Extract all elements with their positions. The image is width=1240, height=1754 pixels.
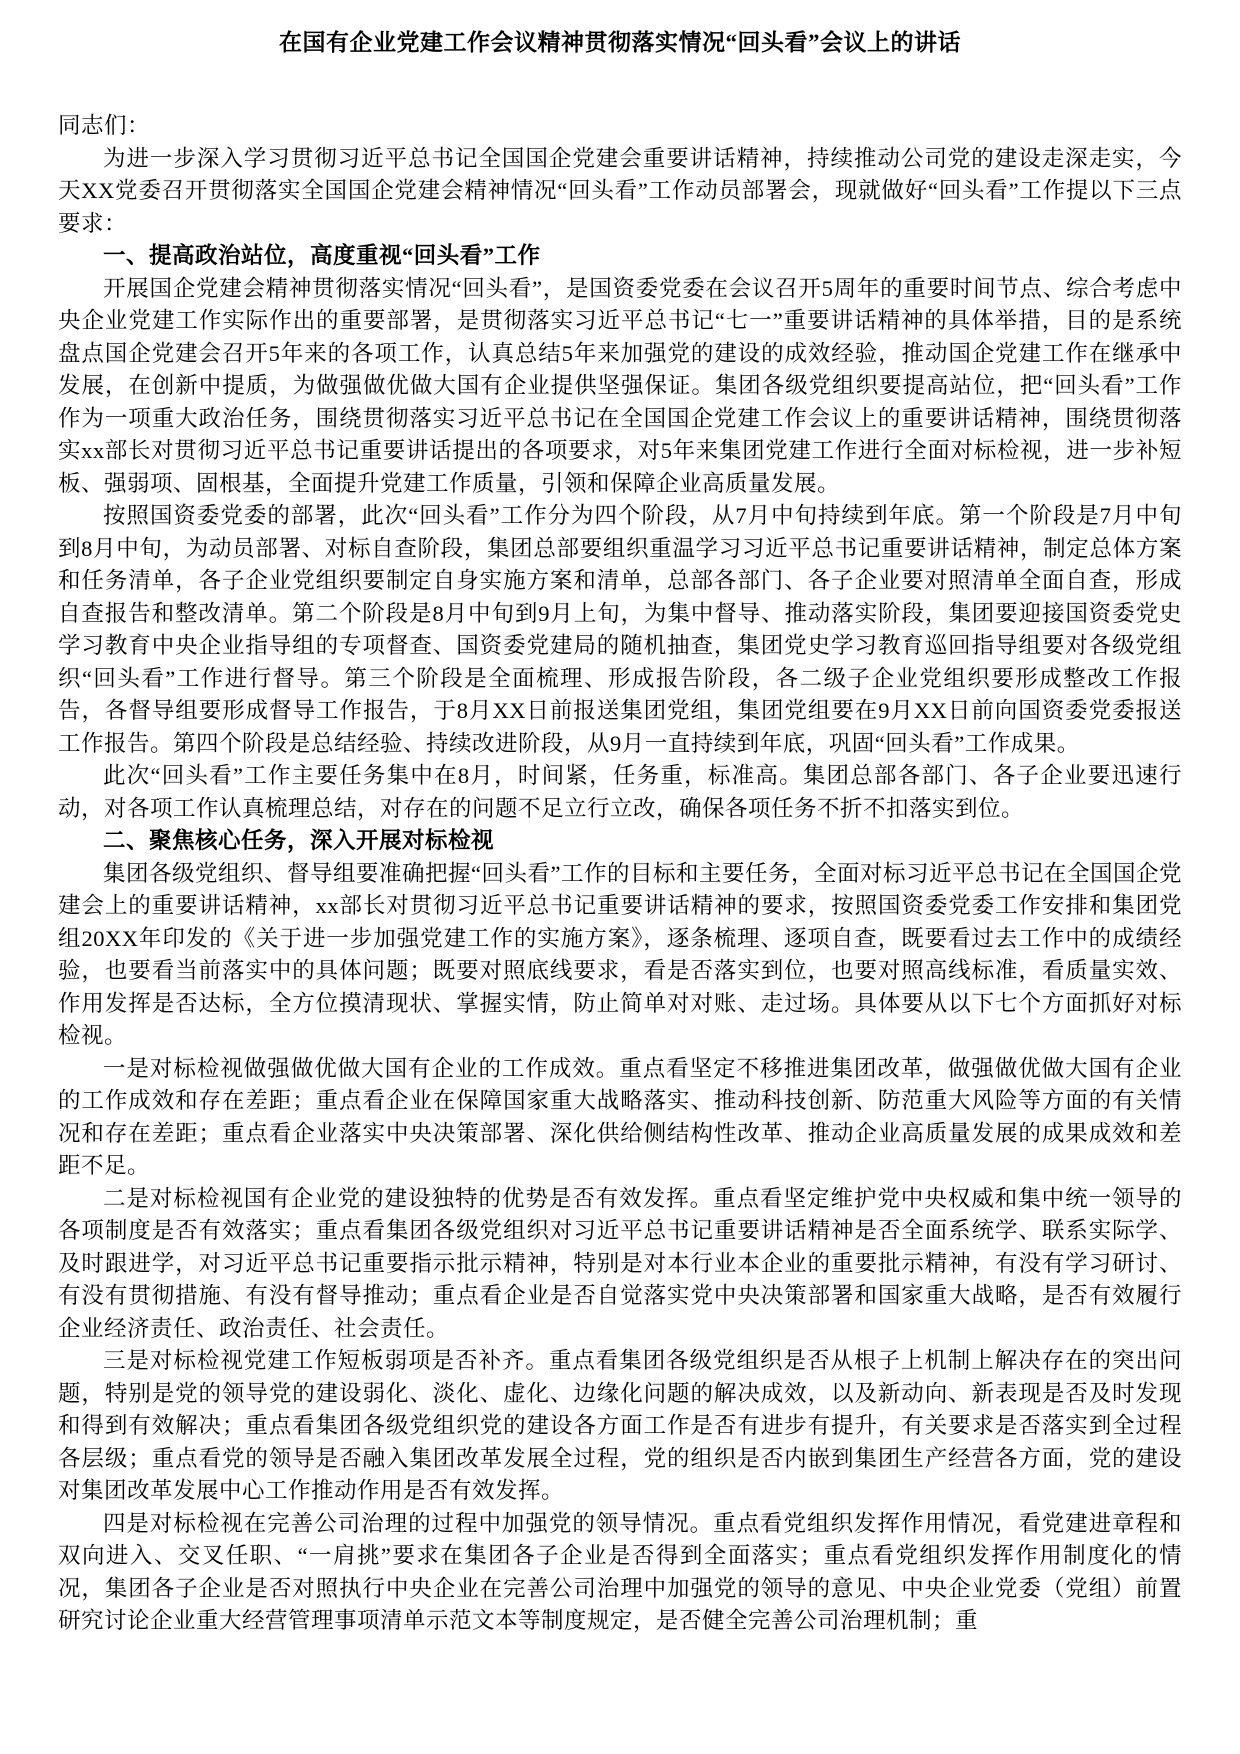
intro-paragraph: 为进一步深入学习贯彻习近平总书记全国国企党建会重要讲话精神，持续推动公司党的建设…	[58, 143, 1182, 241]
section-2-point-3: 三是对标检视党建工作短板弱项是否补齐。重点看集团各级党组织是否从根子上机制上解决…	[58, 1345, 1182, 1508]
section-heading-1: 一、提高政治站位，高度重视“回头看”工作	[58, 240, 1182, 273]
salutation: 同志们：	[58, 110, 1182, 143]
section-heading-2: 二、聚焦核心任务，深入开展对标检视	[58, 825, 1182, 858]
document-page: 在国有企业党建工作会议精神贯彻落实情况“回头看”会议上的讲话 同志们： 为进一步…	[0, 0, 1240, 1754]
document-title: 在国有企业党建工作会议精神贯彻落实情况“回头看”会议上的讲话	[58, 26, 1182, 60]
section-1-paragraph-2: 按照国资委党委的部署，此次“回头看”工作分为四个阶段，从7月中旬持续到年底。第一…	[58, 500, 1182, 760]
section-2-point-4-truncated: 四是对标检视在完善公司治理的过程中加强党的领导情况。重点看党组织发挥作用情况，看…	[58, 1508, 1182, 1638]
section-1-paragraph-1: 开展国企党建会精神贯彻落实情况“回头看”，是国资委党委在会议召开5周年的重要时间…	[58, 273, 1182, 501]
section-2-point-2: 二是对标检视国有企业党的建设独特的优势是否有效发挥。重点看坚定维护党中央权威和集…	[58, 1183, 1182, 1346]
section-2-paragraph-1: 集团各级党组织、督导组要准确把握“回头看”工作的目标和主要任务，全面对标习近平总…	[58, 858, 1182, 1053]
section-2-point-1: 一是对标检视做强做优做大国有企业的工作成效。重点看坚定不移推进集团改革，做强做优…	[58, 1053, 1182, 1183]
section-1-paragraph-3: 此次“回头看”工作主要任务集中在8月，时间紧，任务重，标准高。集团总部各部门、各…	[58, 760, 1182, 825]
